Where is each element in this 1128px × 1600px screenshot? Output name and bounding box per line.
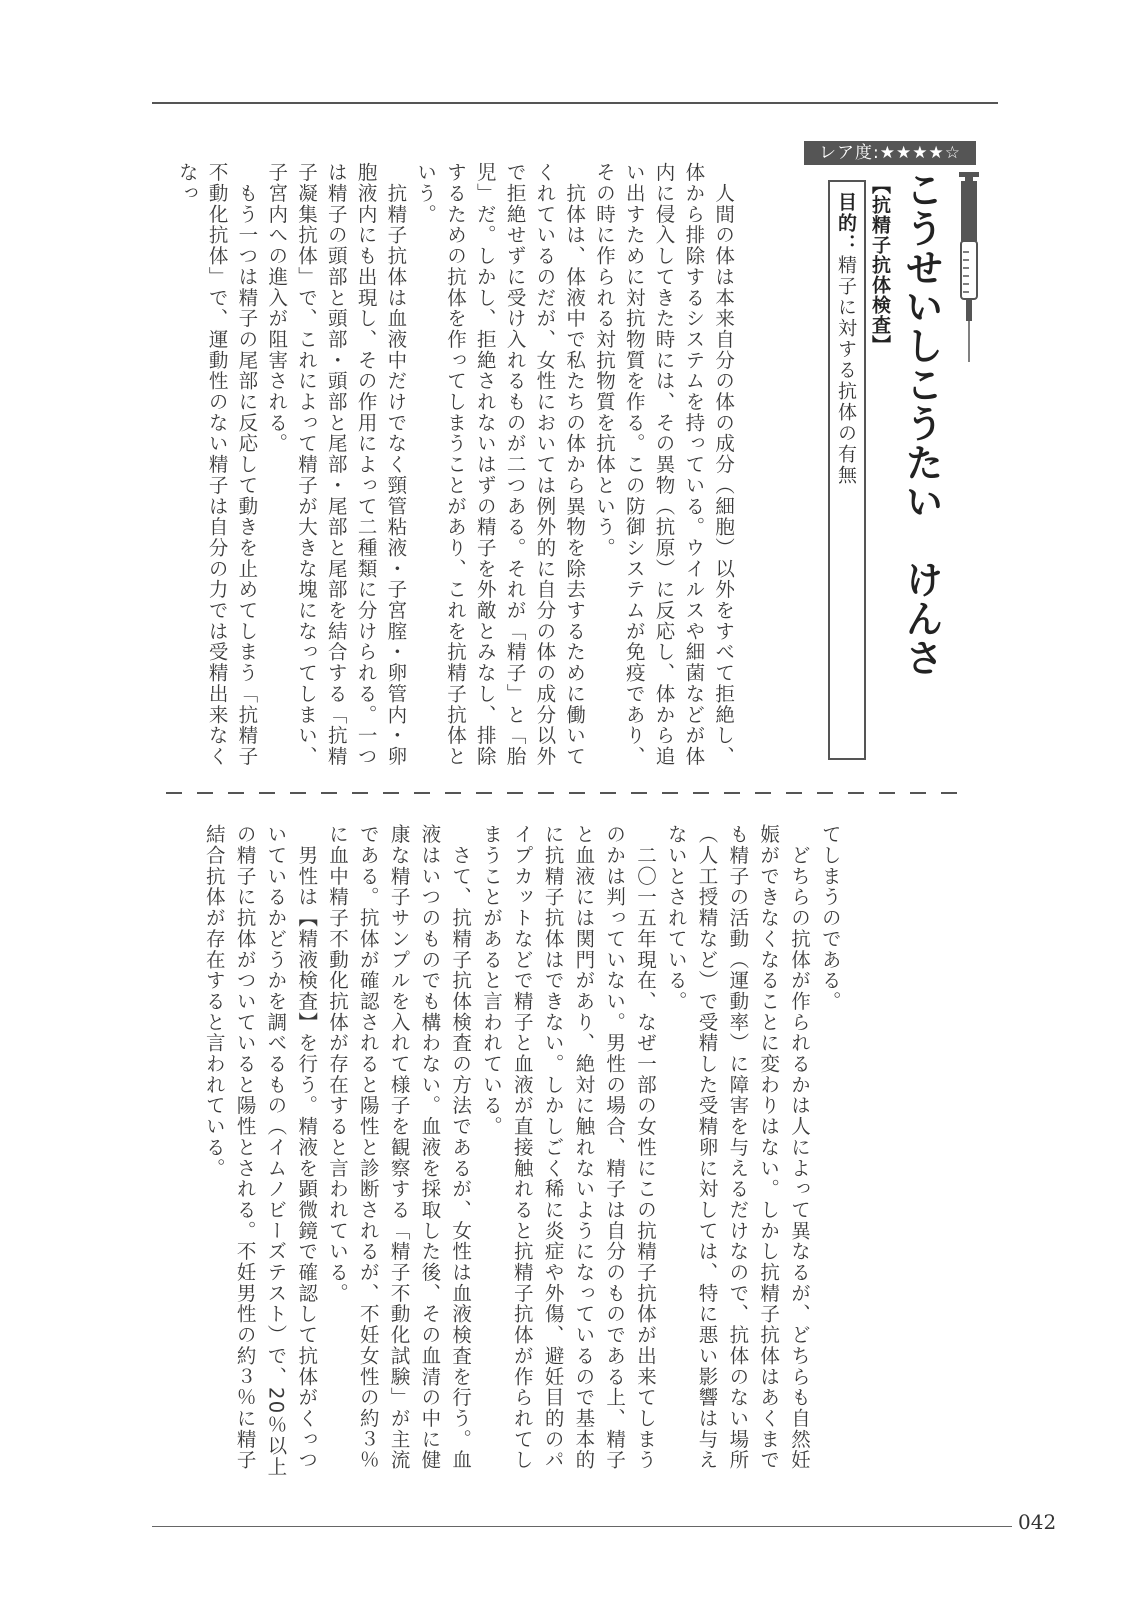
- paragraph: どちらの抗体が作られるかは人によって異なるが、どちらも自然妊娠ができなくなること…: [660, 824, 814, 1484]
- upper-body-text: 人間の体は本来自分の体の成分（細胞）以外をすべて拒絶し、体から排除するシステムを…: [172, 162, 738, 772]
- title-kanji: 【抗精子抗体検査】: [870, 175, 889, 355]
- bottom-rule: [152, 1526, 1012, 1527]
- paragraph: 抗体は、体液中で私たちの体から異物を除去するために働いてくれているのだが、女性に…: [410, 162, 589, 772]
- paragraph: 人間の体は本来自分の体の成分（細胞）以外をすべて拒絶し、体から排除するシステムを…: [589, 162, 738, 772]
- paragraph: もう一つは精子の尾部に反応して動きを止めてしまう「抗精子不動化抗体」で、運動性の…: [172, 162, 261, 772]
- paragraph: 二〇一五年現在、なぜ一部の女性にこの抗精子抗体が出来てしまうのかは判っていない。…: [475, 824, 660, 1484]
- paragraph: 男性は【精液検査】を行う。精液を顕微鏡で確認して抗体がくっついているかどうかを調…: [198, 824, 321, 1484]
- purpose-label: 目的：: [835, 192, 857, 255]
- rarity-badge: レア度:★★★★☆: [804, 141, 976, 165]
- page-number: 042: [1018, 1510, 1056, 1534]
- top-rule: [152, 102, 998, 104]
- purpose-line: 目的：精子に対する抗体の有無: [836, 192, 855, 486]
- dashed-divider: [166, 792, 966, 794]
- paragraph: 抗精子抗体は血液中だけでなく頸管粘液・子宮腟・卵管内・卵胞液内にも出現し、その作…: [261, 162, 410, 772]
- syringe-icon: [956, 172, 982, 362]
- paragraph: てしまうのである。: [814, 824, 845, 1484]
- lower-body-text: てしまうのである。 どちらの抗体が作られるかは人によって異なるが、どちらも自然妊…: [198, 824, 845, 1484]
- paragraph: さて、抗精子抗体検査の方法であるが、女性は血液検査を行う。血液はいつのものでも構…: [321, 824, 475, 1484]
- purpose-text: 精子に対する抗体の有無: [835, 255, 857, 486]
- title-reading: こうせいしこうたい けんさ: [902, 170, 940, 677]
